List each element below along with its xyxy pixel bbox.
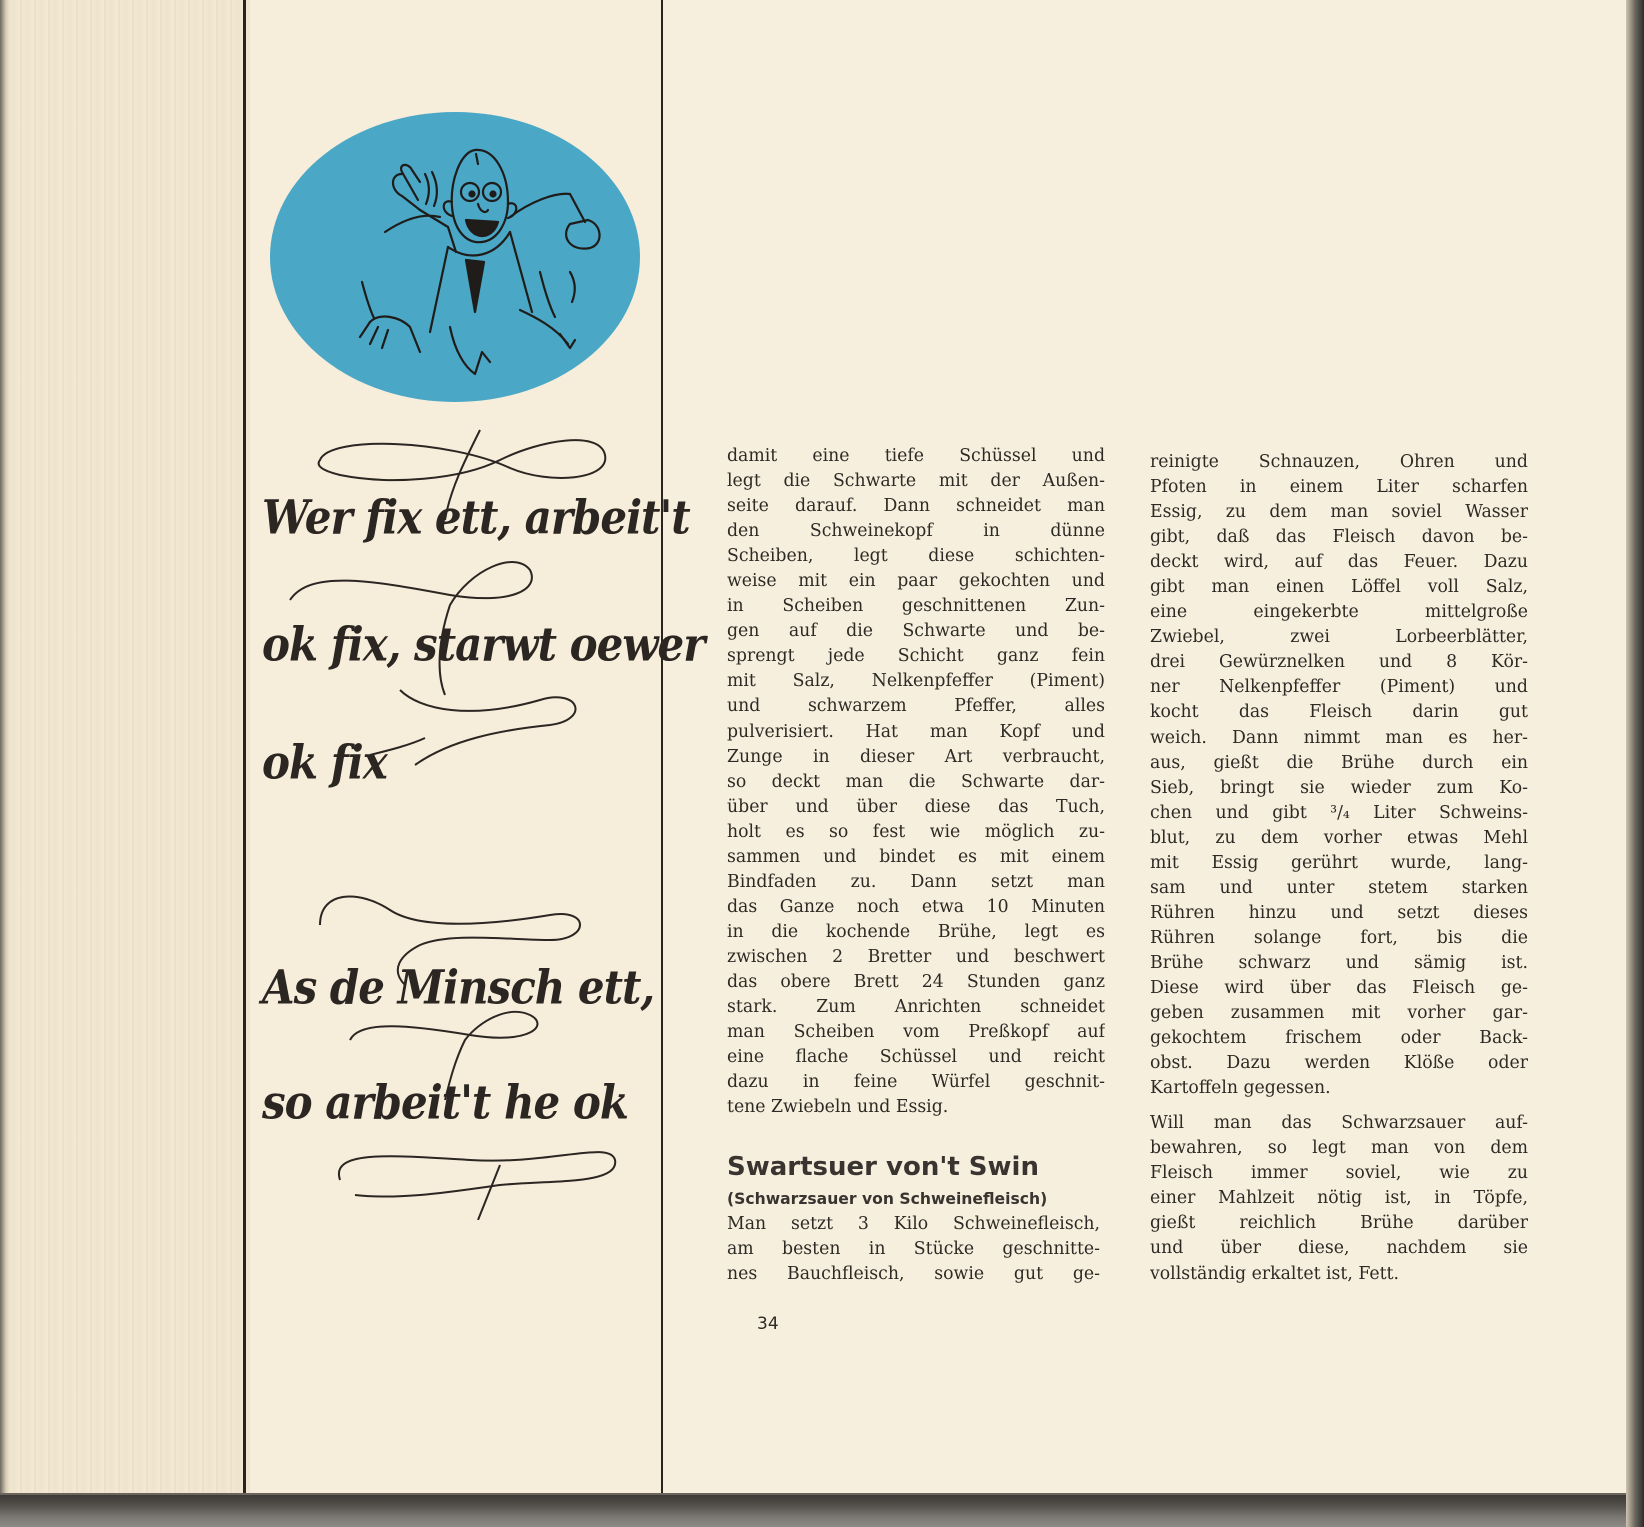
text-line: stark. Zum Anrichten schneidet bbox=[727, 995, 1105, 1020]
text-line: pulverisiert. Hat man Kopf und bbox=[727, 720, 1105, 745]
text-line: Rühren hinzu und setzt dieses bbox=[1150, 901, 1528, 926]
text-line: geben zusammen mit vorher gar- bbox=[1150, 1001, 1528, 1026]
text-line: Scheiben, legt diese schichten- bbox=[727, 544, 1105, 569]
text-line: mit Essig gerührt wurde, lang- bbox=[1150, 851, 1528, 876]
text-line: mit Salz, Nelkenpfeffer (Piment) bbox=[727, 669, 1105, 694]
text-line: zwischen 2 Bretter und beschwert bbox=[727, 945, 1105, 970]
text-line: kocht das Fleisch darin gut bbox=[1150, 700, 1528, 725]
text-line: Diese wird über das Fleisch ge- bbox=[1150, 976, 1528, 1001]
page-number: 34 bbox=[757, 1314, 779, 1334]
text-line: Rühren solange fort, bis die bbox=[1150, 926, 1528, 951]
text-line: bewahren, so legt man von dem bbox=[1150, 1136, 1528, 1161]
text-line: gekochtem frischem oder Back- bbox=[1150, 1026, 1528, 1051]
text-line: ner Nelkenpfeffer (Piment) und bbox=[1150, 675, 1528, 700]
text-line: tene Zwiebeln und Essig. bbox=[727, 1095, 1105, 1120]
text-line: in Scheiben geschnittenen Zun- bbox=[727, 594, 1105, 619]
text-line: gibt, daß das Fleisch davon be- bbox=[1150, 525, 1528, 550]
text-line: Will man das Schwarzsauer auf- bbox=[1150, 1111, 1528, 1136]
text-line: sam und unter stetem starken bbox=[1150, 876, 1528, 901]
text-line: Brühe schwarz und sämig ist. bbox=[1150, 951, 1528, 976]
text-line: vollständig erkaltet ist, Fett. bbox=[1150, 1262, 1528, 1287]
text-line: dazu in feine Würfel geschnit- bbox=[727, 1070, 1105, 1095]
text-line: Kartoffeln gegessen. bbox=[1150, 1076, 1528, 1101]
text-line: Man setzt 3 Kilo Schweinefleisch, bbox=[727, 1212, 1100, 1237]
recipe-intro: Man setzt 3 Kilo Schweinefleisch, am bes… bbox=[727, 1212, 1100, 1287]
stacked-page-edges bbox=[0, 0, 250, 1497]
proverb-line: Wer fix ett, arbeit't bbox=[262, 490, 662, 545]
text-line: weise mit ein paar gekochten und bbox=[727, 569, 1105, 594]
text-line: Essig, zu dem man soviel Wasser bbox=[1150, 500, 1528, 525]
text-line: eine flache Schüssel und reicht bbox=[727, 1045, 1105, 1070]
text-line: den Schweinekopf in dünne bbox=[727, 519, 1105, 544]
proverb-line: ok fix, starwt oewer bbox=[262, 617, 662, 672]
left-border-rule bbox=[243, 0, 246, 1493]
text-line: gen auf die Schwarte und be- bbox=[727, 619, 1105, 644]
proverb-line: ok fix bbox=[262, 735, 662, 790]
proverb-line: As de Minsch ett, bbox=[262, 960, 662, 1015]
text-line: damit eine tiefe Schüssel und bbox=[727, 444, 1105, 469]
illustration-oval bbox=[270, 112, 640, 402]
text-line: sprengt jede Schicht ganz fein bbox=[727, 644, 1105, 669]
text-line: und über diese, nachdem sie bbox=[1150, 1236, 1528, 1261]
cartoon-man-gesturing-icon bbox=[270, 112, 640, 402]
text-line: Sieb, bringt sie wieder zum Ko- bbox=[1150, 776, 1528, 801]
text-line: reinigte Schnauzen, Ohren und bbox=[1150, 450, 1528, 475]
text-line: das obere Brett 24 Stunden ganz bbox=[727, 970, 1105, 995]
text-line: Bindfaden zu. Dann setzt man bbox=[727, 870, 1105, 895]
text-line: Fleisch immer soviel, wie zu bbox=[1150, 1161, 1528, 1186]
text-column-2: reinigte Schnauzen, Ohren und Pfoten in … bbox=[1150, 450, 1528, 1287]
text-line: Zunge in dieser Art verbraucht, bbox=[727, 745, 1105, 770]
paragraph-gap bbox=[1150, 1101, 1528, 1111]
text-line: und schwarzem Pfeffer, alles bbox=[727, 694, 1105, 719]
text-line: Zwiebel, zwei Lorbeerblätter, bbox=[1150, 625, 1528, 650]
proverb-line: so arbeit't he ok bbox=[262, 1075, 662, 1130]
recipe-subtitle: (Schwarzsauer von Schweinefleisch) bbox=[727, 1190, 1047, 1208]
text-line: am besten in Stücke geschnitte- bbox=[727, 1237, 1100, 1262]
text-line: Pfoten in einem Liter scharfen bbox=[1150, 475, 1528, 500]
text-line: gießt reichlich Brühe darüber bbox=[1150, 1211, 1528, 1236]
text-line: legt die Schwarte mit der Außen- bbox=[727, 469, 1105, 494]
text-line: man Scheiben vom Preßkopf auf bbox=[727, 1020, 1105, 1045]
text-line: deckt wird, auf das Feuer. Dazu bbox=[1150, 550, 1528, 575]
text-line: holt es so fest wie möglich zu- bbox=[727, 820, 1105, 845]
text-line: sammen und bindet es mit einem bbox=[727, 845, 1105, 870]
book-spine-shadow bbox=[0, 0, 10, 1497]
text-column-1: damit eine tiefe Schüssel und legt die S… bbox=[727, 444, 1105, 1120]
text-line: seite darauf. Dann schneidet man bbox=[727, 494, 1105, 519]
text-line: das Ganze noch etwa 10 Minuten bbox=[727, 895, 1105, 920]
text-line: blut, zu dem vorher etwas Mehl bbox=[1150, 826, 1528, 851]
text-line: gibt man einen Löffel voll Salz, bbox=[1150, 575, 1528, 600]
text-line: in die kochende Brühe, legt es bbox=[727, 920, 1105, 945]
text-line: chen und gibt ³/₄ Liter Schweins- bbox=[1150, 801, 1528, 826]
text-line: drei Gewürznelken und 8 Kör- bbox=[1150, 650, 1528, 675]
text-line: weich. Dann nimmt man es her- bbox=[1150, 726, 1528, 751]
text-line: obst. Dazu werden Klöße oder bbox=[1150, 1051, 1528, 1076]
text-line: eine eingekerbte mittelgroße bbox=[1150, 600, 1528, 625]
text-line: nes Bauchfleisch, sowie gut ge- bbox=[727, 1262, 1100, 1287]
text-line: so deckt man die Schwarte dar- bbox=[727, 770, 1105, 795]
right-edge-shadow bbox=[1626, 0, 1644, 1527]
text-line: über und über diese das Tuch, bbox=[727, 795, 1105, 820]
recipe-title: Swartsuer von't Swin bbox=[727, 1152, 1039, 1182]
text-line: einer Mahlzeit nötig ist, in Töpfe, bbox=[1150, 1186, 1528, 1211]
text-line: aus, gießt die Brühe durch ein bbox=[1150, 751, 1528, 776]
bottom-shadow bbox=[0, 1495, 1644, 1527]
